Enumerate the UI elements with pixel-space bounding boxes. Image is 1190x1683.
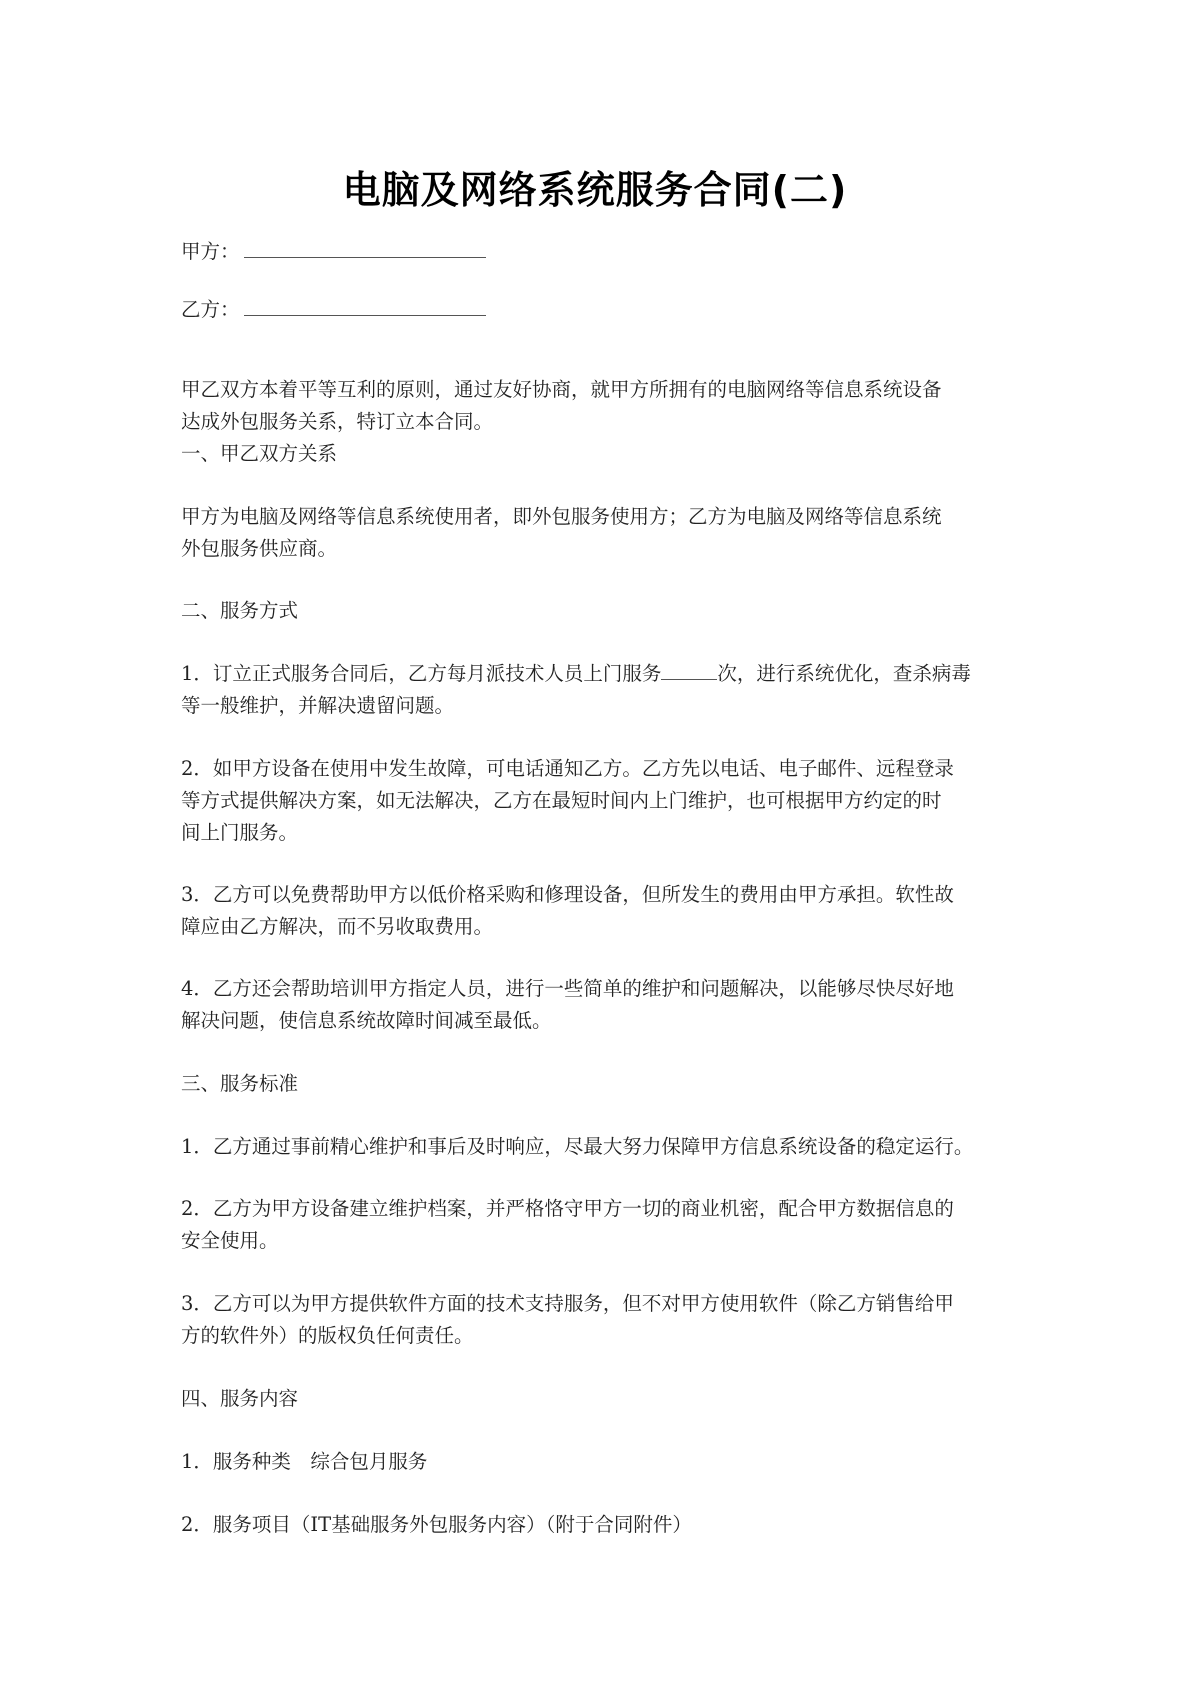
paragraph-line: 1．乙方通过事前精心维护和事后及时响应，尽最大努力保障甲方信息系统设备的稳定运行… [181, 1131, 973, 1163]
paragraph-line: 障应由乙方解决，而不另收取费用。 [181, 911, 493, 943]
document-title: 电脑及网络系统服务合同(二) [0, 166, 1190, 214]
paragraph-line: 间上门服务。 [181, 817, 298, 849]
paragraph-line: 外包服务供应商。 [181, 533, 337, 565]
section-heading-2: 二、服务方式 [181, 595, 298, 627]
intro-line-2: 达成外包服务关系，特订立本合同。 [181, 406, 493, 438]
paragraph-line: 2．如甲方设备在使用中发生故障，可电话通知乙方。乙方先以电话、电子邮件、远程登录 [181, 753, 954, 785]
party-b-label: 乙方： [181, 298, 240, 321]
paragraph-line: 1．服务种类 综合包月服务 [181, 1446, 427, 1478]
paragraph-line: 2．服务项目（IT基础服务外包服务内容）（附于合同附件） [181, 1509, 692, 1541]
paragraph-line: 等一般维护，并解决遗留问题。 [181, 690, 454, 722]
section-heading-4: 四、服务内容 [181, 1383, 298, 1415]
paragraph-line: 1．订立正式服务合同后，乙方每月派技术人员上门服务次，进行系统优化，查杀病毒 [181, 658, 971, 690]
paragraph-line: 2．乙方为甲方设备建立维护档案，并严格恪守甲方一切的商业机密，配合甲方数据信息的 [181, 1193, 954, 1225]
paragraph-line: 等方式提供解决方案，如无法解决，乙方在最短时间内上门维护，也可根据甲方约定的时 [181, 785, 942, 817]
paragraph-line: 解决问题，使信息系统故障时间减至最低。 [181, 1005, 552, 1037]
paragraph-line: 3．乙方可以免费帮助甲方以低价格采购和修理设备，但所发生的费用由甲方承担。软性故 [181, 879, 954, 911]
paragraph-line: 3．乙方可以为甲方提供软件方面的技术支持服务，但不对甲方使用软件（除乙方销售给甲 [181, 1288, 954, 1320]
party-b-line: 乙方： [181, 294, 486, 326]
paragraph-line: 4．乙方还会帮助培训甲方指定人员，进行一些简单的维护和问题解决，以能够尽快尽好地 [181, 973, 954, 1005]
party-a-blank[interactable] [244, 239, 486, 258]
section-heading-1: 一、甲乙双方关系 [181, 438, 337, 470]
paragraph-line: 方的软件外）的版权负任何责任。 [181, 1320, 474, 1352]
clause-text: 次，进行系统优化，查杀病毒 [717, 662, 971, 685]
clause-text: 1．订立正式服务合同后，乙方每月派技术人员上门服务 [181, 662, 661, 685]
paragraph-line: 安全使用。 [181, 1225, 279, 1257]
visits-blank[interactable] [661, 661, 717, 680]
party-a-label: 甲方： [181, 240, 240, 263]
party-b-blank[interactable] [244, 297, 486, 316]
paragraph-line: 甲方为电脑及网络等信息系统使用者，即外包服务使用方；乙方为电脑及网络等信息系统 [181, 501, 942, 533]
section-heading-3: 三、服务标准 [181, 1068, 298, 1100]
intro-line-1: 甲乙双方本着平等互利的原则，通过友好协商，就甲方所拥有的电脑网络等信息系统设备 [181, 374, 942, 406]
party-a-line: 甲方： [181, 236, 486, 268]
document-page: 电脑及网络系统服务合同(二) 甲方： 乙方： 甲乙双方本着平等互利的原则，通过友… [0, 0, 1190, 1683]
